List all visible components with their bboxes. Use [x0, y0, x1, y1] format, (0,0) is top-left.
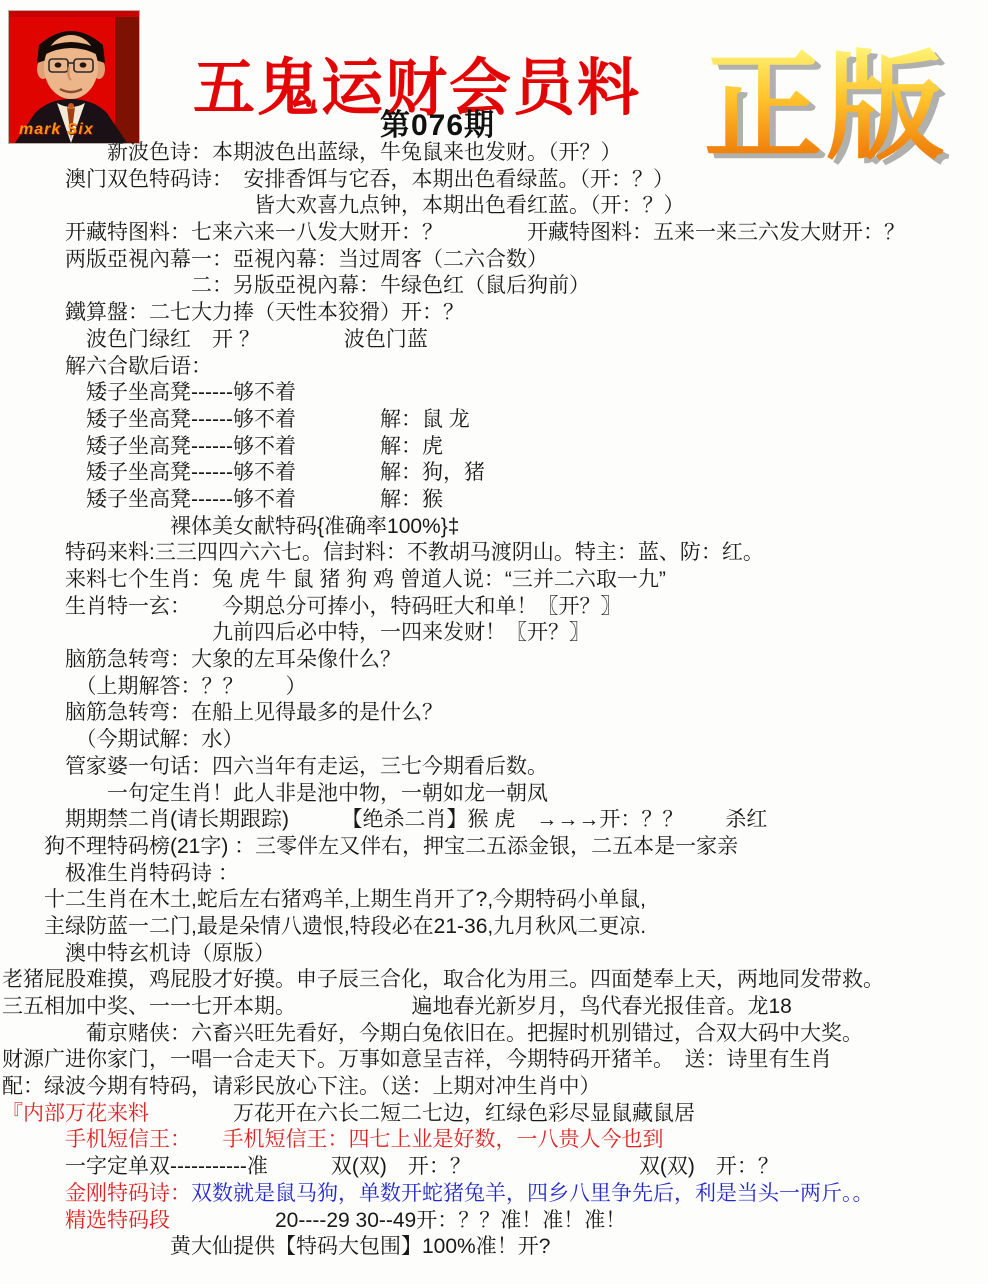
text-segment: 手机短信王： [2, 1128, 181, 1151]
text-line: 矮子坐高凳------够不着 解：鼠 龙 [2, 407, 986, 434]
text-line: 生肖特一玄： 今期总分可捧小，特码旺大和单！〖开？〗 [2, 594, 986, 621]
text-line: 期期禁二肖(请长期跟踪) 【绝杀二肖】猴 虎 →→→开：？？ 杀红 [2, 807, 986, 834]
text-segment: 精选特码段 [2, 1209, 170, 1232]
text-line: 葡京赌侠：六畜兴旺先看好，今期白兔依旧在。把握时机别错过，合双大码中大奖。 [2, 1021, 986, 1048]
text-segment: 矮子坐高凳------够不着 [2, 381, 296, 404]
text-segment: 黄大仙提供【特码大包围】100%准！开? [2, 1235, 550, 1258]
text-line: 配：绿波今期有特码，请彩民放心下注。（送：上期对冲生肖中） [2, 1074, 986, 1101]
text-segment: 裸体美女献特码{准确率100%}‡ [2, 515, 459, 538]
text-segment: 澳中特玄机诗（原版） [2, 942, 275, 965]
tipster-photo: mark Six [8, 10, 140, 144]
text-line: 矮子坐高凳------够不着 解：狗，猪 [2, 460, 986, 487]
text-line: 一字定单双-----------准 双(双) 开：？ 双(双) 开：？ [2, 1154, 986, 1181]
text-segment: 脑筋急转弯：大象的左耳朵像什么？ [2, 648, 401, 671]
tip-sheet-page: mark Six 五鬼运财会员料 第076期 正版 新波色诗：本期波色出蓝绿，牛… [0, 0, 988, 1284]
text-segment: （上期解答：？？ ） [2, 675, 307, 698]
text-line: （今期试解：水） [2, 727, 986, 754]
text-line: 极准生肖特码诗 ： [2, 861, 986, 888]
text-line: 财源广进你家门，一唱一合走天下。万事如意呈吉祥，今期特码开猪羊。 送：诗里有生肖 [2, 1047, 986, 1074]
text-line: 管家婆一句话：四六当年有走运，三七今期看后数。 [2, 754, 986, 781]
text-segment: 澳门双色特码诗： 安排香饵与它吞，本期出色看绿蓝。（开：？） [2, 168, 674, 191]
text-line: 黄大仙提供【特码大包围】100%准！开? [2, 1234, 986, 1261]
text-segment: 葡京赌侠：六畜兴旺先看好，今期白兔依旧在。把握时机别错过，合双大码中大奖。 [2, 1022, 863, 1045]
text-segment: 十二生肖在木土,蛇后左右猪鸡羊,上期生肖开了?,今期特码小单鼠, [2, 888, 646, 911]
text-line: 特码来料:三三四四六六七。信封料：不教胡马渡阴山。特主：蓝、防：红。 [2, 540, 986, 567]
text-segment: 万花开在六长二短二七边，红绿色彩尽显鼠藏鼠居 [149, 1102, 695, 1125]
text-segment: 九前四后必中特，一四来发财！〖开？〗 [2, 621, 590, 644]
text-line: 澳中特玄机诗（原版） [2, 941, 986, 968]
text-segment: 狗不理特码榜(21字) ：三零伴左又伴右，押宝二五添金银，二五本是一家亲 [2, 835, 738, 858]
text-line: 手机短信王： 手机短信王：四七上业是好数，一八贵人今也到 [2, 1127, 986, 1154]
text-line: 澳门双色特码诗： 安排香饵与它吞，本期出色看绿蓝。（开：？） [2, 167, 986, 194]
text-segment: 脑筋急转弯：在船上见得最多的是什么？ [2, 701, 443, 724]
text-line: 老猪屁股难摸，鸡屁股才好摸。申子辰三合化，取合化为用三。四面楚奉上天，两地同发带… [2, 967, 986, 994]
text-segment: 期期禁二肖(请长期跟踪) 【绝杀二肖】猴 虎 →→→开：？？ 杀红 [2, 808, 767, 831]
text-segment: 生肖特一玄： 今期总分可捧小，特码旺大和单！〖开？〗 [2, 595, 622, 618]
text-line: 裸体美女献特码{准确率100%}‡ [2, 514, 986, 541]
photo-watermark-text: mark Six [19, 121, 94, 139]
text-line: 精选特码段 20----29 30--49开：？？准！准！准！ [2, 1208, 986, 1235]
text-segment: 配：绿波今期有特码，请彩民放心下注。（送：上期对冲生肖中） [2, 1075, 601, 1098]
text-segment: 老猪屁股难摸，鸡屁股才好摸。申子辰三合化，取合化为用三。四面楚奉上天，两地同发带… [2, 968, 884, 991]
text-line: 主绿防蓝一二门,最是朵情八遗恨,特段必在21-36,九月秋风二更凉. [2, 914, 986, 941]
text-line: 开藏特图料：七来六来一八发大财开：？ 开藏特图料：五来一来三六发大财开：？ [2, 220, 986, 247]
text-line: 脑筋急转弯：在船上见得最多的是什么？ [2, 700, 986, 727]
text-segment: 特码来料:三三四四六六七。信封料：不教胡马渡阴山。特主：蓝、防：红。 [2, 541, 764, 564]
text-line: （上期解答：？？ ） [2, 674, 986, 701]
text-segment: 『内部万花来料 [2, 1102, 149, 1125]
text-line: 皆大欢喜九点钟，本期出色看红蓝。（开：？） [2, 193, 986, 220]
text-line: 两版亞視內幕一：亞視內幕：当过周客（二六合数） [2, 247, 986, 274]
text-segment: 手机短信王：四七上业是好数，一八贵人今也到 [181, 1128, 664, 1151]
document-lines: 新波色诗：本期波色出蓝绿，牛兔鼠来也发财。（开？） 澳门双色特码诗： 安排香饵与… [2, 140, 986, 1261]
text-line: 鐵算盤：二七大力捧（天性本狡猾）开：？ [2, 300, 986, 327]
text-segment: 新波色诗：本期波色出蓝绿，牛兔鼠来也发财。（开？） [2, 141, 622, 164]
text-line: 脑筋急转弯：大象的左耳朵像什么？ [2, 647, 986, 674]
text-segment: （今期试解：水） [2, 728, 244, 751]
text-line: 来料七个生肖：兔 虎 牛 鼠 猪 狗 鸡 曾道人说：“三并二六取一九” [2, 567, 986, 594]
text-line: 金刚特码诗：双数就是鼠马狗，单数开蛇猪兔羊，四乡八里争先后，利是当头一两斤。。 [2, 1181, 986, 1208]
text-segment: 三五相加中奖、一一七开本期。 遍地春光新岁月，鸟代春光报佳音。龙18 [2, 995, 792, 1018]
text-line: 一句定生肖！此人非是池中物，一朝如龙一朝凤 [2, 781, 986, 808]
text-line: 狗不理特码榜(21字) ：三零伴左又伴右，押宝二五添金银，二五本是一家亲 [2, 834, 986, 861]
text-segment: 金刚特码诗： [2, 1182, 191, 1205]
text-line: 矮子坐高凳------够不着 [2, 380, 986, 407]
text-segment: 一字定单双-----------准 双(双) 开：？ 双(双) 开：？ [2, 1155, 779, 1178]
text-segment: 矮子坐高凳------够不着 解：鼠 龙 [2, 408, 470, 431]
text-segment: 双数就是鼠马狗，单数开蛇猪兔羊，四乡八里争先后，利是当头一两斤。。 [191, 1182, 874, 1205]
text-segment: 解六合歇后语： [2, 355, 212, 378]
text-segment: 20----29 30--49开：？？准！准！准！ [170, 1209, 626, 1232]
text-segment: 波色门绿红 开 ？ 波色门蓝 [2, 328, 428, 351]
text-line: 矮子坐高凳------够不着 解：虎 [2, 434, 986, 461]
text-segment: 矮子坐高凳------够不着 解：狗，猪 [2, 461, 485, 484]
text-line: 十二生肖在木土,蛇后左右猪鸡羊,上期生肖开了?,今期特码小单鼠, [2, 887, 986, 914]
text-line: 矮子坐高凳------够不着 解：猴 [2, 487, 986, 514]
text-segment: 开藏特图料：七来六来一八发大财开：？ 开藏特图料：五来一来三六发大财开：？ [2, 221, 905, 244]
text-segment: 管家婆一句话：四六当年有走运，三七今期看后数。 [2, 755, 548, 778]
text-line: 二：另版亞視內幕：牛绿色红（鼠后狗前） [2, 273, 986, 300]
text-segment: 皆大欢喜九点钟，本期出色看红蓝。（开：？） [2, 194, 685, 217]
text-line: 新波色诗：本期波色出蓝绿，牛兔鼠来也发财。（开？） [2, 140, 986, 167]
text-segment: 来料七个生肖：兔 虎 牛 鼠 猪 狗 鸡 曾道人说：“三并二六取一九” [2, 568, 666, 591]
text-segment: 两版亞視內幕一：亞視內幕：当过周客（二六合数） [2, 248, 548, 271]
text-line: 波色门绿红 开 ？ 波色门蓝 [2, 327, 986, 354]
text-segment: 主绿防蓝一二门,最是朵情八遗恨,特段必在21-36,九月秋风二更凉. [2, 915, 646, 938]
text-segment: 二：另版亞視內幕：牛绿色红（鼠后狗前） [2, 274, 590, 297]
text-segment: 一句定生肖！此人非是池中物，一朝如龙一朝凤 [2, 782, 548, 805]
text-segment: 极准生肖特码诗 ： [2, 862, 239, 885]
text-line: 『内部万花来料 万花开在六长二短二七边，红绿色彩尽显鼠藏鼠居 [2, 1101, 986, 1128]
text-line: 三五相加中奖、一一七开本期。 遍地春光新岁月，鸟代春光报佳音。龙18 [2, 994, 986, 1021]
text-segment: 矮子坐高凳------够不着 解：虎 [2, 435, 443, 458]
text-segment: 鐵算盤：二七大力捧（天性本狡猾）开：？ [2, 301, 464, 324]
issue-number: 第076期 [380, 100, 495, 144]
text-segment: 矮子坐高凳------够不着 解：猴 [2, 488, 443, 511]
text-segment: 财源广进你家门，一唱一合走天下。万事如意呈吉祥，今期特码开猪羊。 送：诗里有生肖 [2, 1048, 832, 1071]
text-line: 九前四后必中特，一四来发财！〖开？〗 [2, 620, 986, 647]
text-line: 解六合歇后语： [2, 354, 986, 381]
